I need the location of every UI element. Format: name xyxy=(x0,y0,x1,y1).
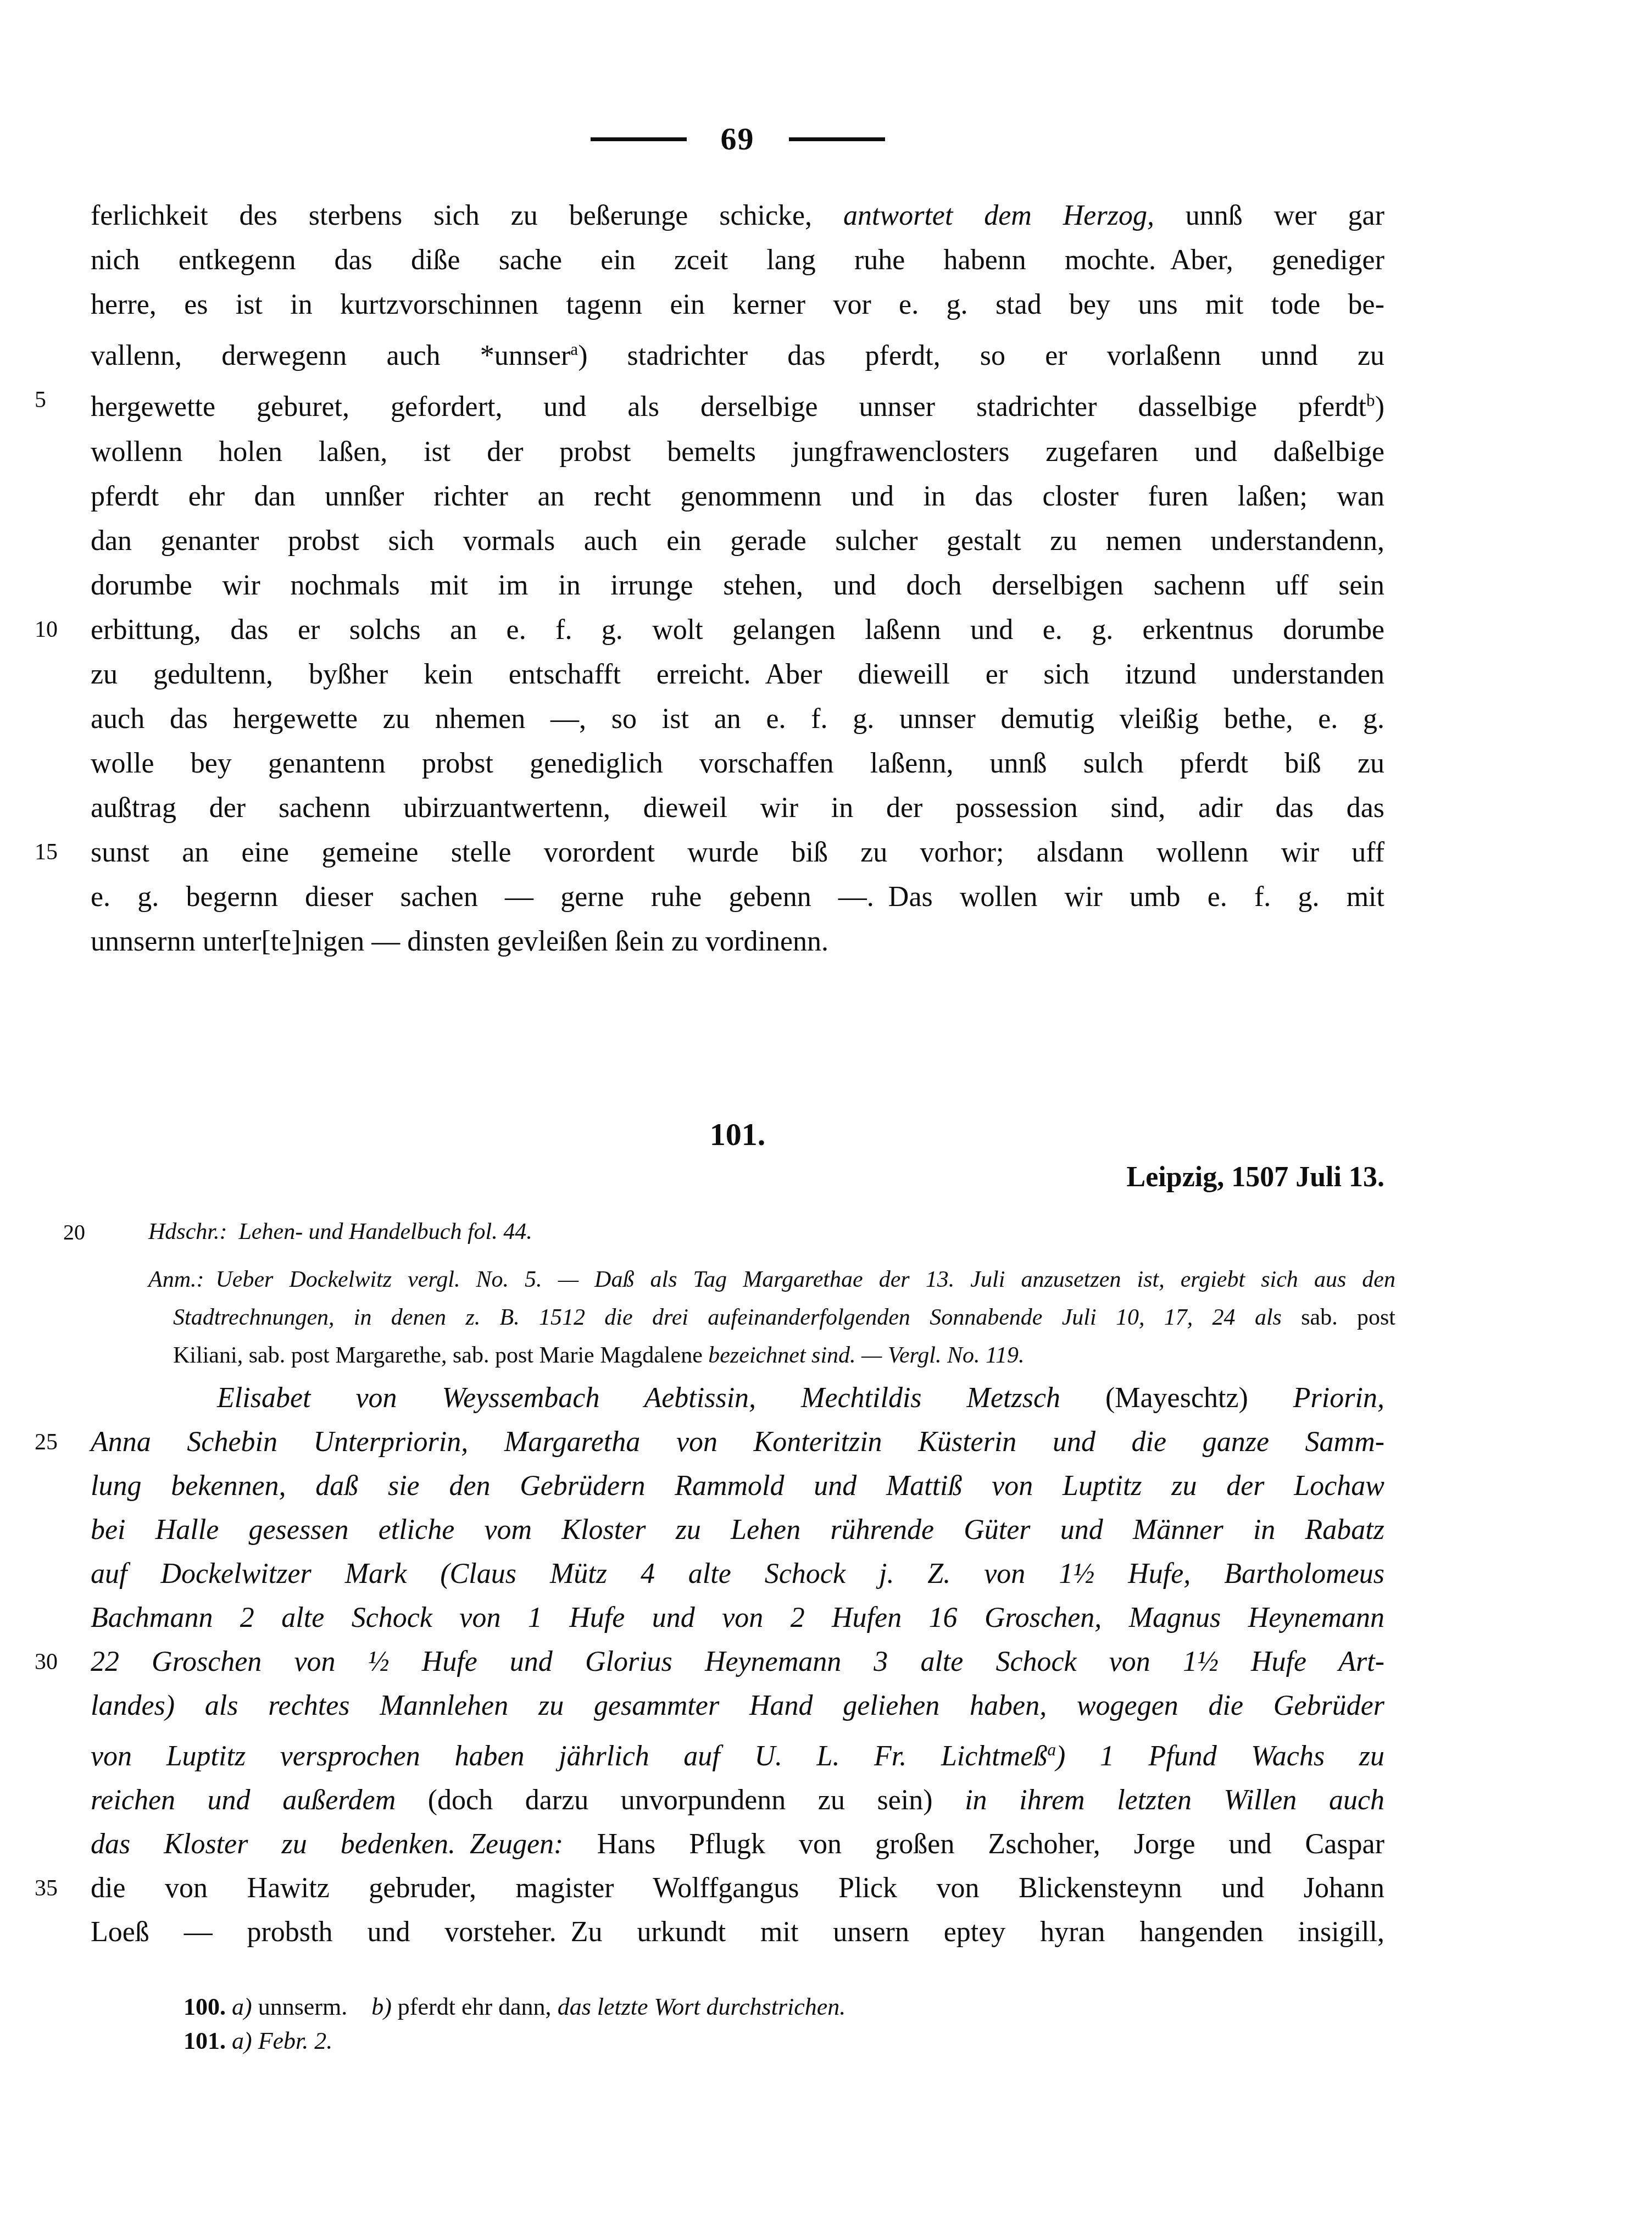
text-line: reichen und außerdem (doch darzu unvorpu… xyxy=(91,1779,1384,1822)
text-line: 10erbittung, das er solchs an e. f. g. w… xyxy=(91,608,1384,652)
text-segment: ) xyxy=(1375,392,1384,423)
text-line: ferlichkeit des sterbens sich zu beßerun… xyxy=(91,193,1384,238)
text-segment: in ihrem letzten Willen auch xyxy=(933,1785,1384,1816)
document-101-number: 101. xyxy=(91,1115,1384,1154)
header-rule-right xyxy=(789,137,885,141)
text-line: wolle bey genantenn probst genediglich v… xyxy=(91,741,1384,786)
text-segment: b) xyxy=(371,1993,392,2020)
margin-line-number: 30 xyxy=(35,1640,69,1684)
text-line: Kiliani, sab. post Margarethe, sab. post… xyxy=(148,1337,1395,1375)
text-segment: unnserm. xyxy=(252,1993,372,2020)
text-line: 5hergewette geburet, gefordert, und als … xyxy=(91,378,1384,429)
text-line: unnsernn unter[te]nigen — dinsten gevlei… xyxy=(91,919,1384,964)
text-segment: bezeichnet sind. — Vergl. No. 119. xyxy=(708,1343,1024,1368)
text-line: Stadtrechnungen, in denen z. B. 1512 die… xyxy=(148,1299,1395,1337)
text-line: 25Anna Schebin Unterpriorin, Margaretha … xyxy=(91,1420,1384,1464)
text-line: bei Halle gesessen etliche vom Kloster z… xyxy=(91,1508,1384,1552)
document-100-continuation-text: ferlichkeit des sterbens sich zu beßerun… xyxy=(91,193,1384,964)
margin-line-number: 35 xyxy=(35,1866,69,1910)
text-segment: (Mayeschtz) xyxy=(1105,1382,1248,1414)
text-line: Anm.: Ueber Dockelwitz vergl. No. 5. — D… xyxy=(148,1261,1395,1299)
text-line: e. g. begernn dieser sachen — gerne ruhe… xyxy=(91,875,1384,919)
text-line: Bachmann 2 alte Schock von 1 Hufe und vo… xyxy=(91,1596,1384,1640)
text-line: nich entkegenn das diße sache ein zceit … xyxy=(91,238,1384,282)
text-segment: antwortet dem Herzog, xyxy=(843,200,1154,231)
text-line: 20Hdschr.: Lehen- und Handelbuch fol. 44… xyxy=(148,1213,1395,1251)
text-segment: 22 Groschen von ½ Hufe und Glorius Heyne… xyxy=(91,1646,1384,1677)
text-segment: 101. xyxy=(183,2027,232,2054)
text-segment: Stadtrechnungen, in denen z. B. 1512 die… xyxy=(173,1305,1301,1330)
header-rule-left xyxy=(591,137,687,141)
text-segment: landes) als rechtes Mannlehen zu gesammt… xyxy=(91,1690,1384,1721)
text-line: 15sunst an eine gemeine stelle vorordent… xyxy=(91,830,1384,875)
text-segment: pferdt ehr dan unnßer richter an recht g… xyxy=(91,481,1384,512)
text-segment: ferlichkeit des sterbens sich zu beßerun… xyxy=(91,200,843,231)
text-segment: das Kloster zu bedenken. Zeugen: xyxy=(91,1829,597,1860)
text-line: herre, es ist in kurtzvorschinnen tagenn… xyxy=(91,282,1384,327)
text-line: außtrag der sachenn ubirzuantwertenn, di… xyxy=(91,786,1384,830)
text-segment: e. g. begernn dieser sachen — gerne ruhe… xyxy=(91,881,1384,913)
text-segment: Febr. 2. xyxy=(252,2027,333,2054)
text-segment: (doch darzu unvorpundenn zu sein) xyxy=(428,1785,933,1816)
margin-line-number: 5 xyxy=(35,378,69,423)
text-segment: Loeß — probsth und vorsteher. Zu urkundt… xyxy=(91,1916,1384,1948)
document-101-source-notes: 20Hdschr.: Lehen- und Handelbuch fol. 44… xyxy=(148,1213,1395,1375)
text-segment: lung bekennen, daß sie den Gebrüdern Ram… xyxy=(91,1470,1384,1502)
text-segment: sab. post xyxy=(1301,1305,1395,1330)
text-line: 100. a) unnserm. b) pferdt ehr dann, das… xyxy=(183,1990,1337,2024)
text-segment: sunst an eine gemeine stelle vorordent w… xyxy=(91,837,1384,868)
text-segment: herre, es ist in kurtzvorschinnen tagenn… xyxy=(91,289,1384,320)
text-segment: auf Dockelwitzer Mark (Claus Mütz 4 alte… xyxy=(91,1558,1384,1590)
text-segment: Elisabet von Weyssembach Aebtissin, Mech… xyxy=(217,1382,1105,1414)
text-segment: zu gedultenn, byßher kein entschafft err… xyxy=(91,659,1384,690)
text-segment: dan genanter probst sich vormals auch ei… xyxy=(91,525,1384,557)
text-line: wollenn holen laßen, ist der probst beme… xyxy=(91,430,1384,474)
margin-line-number: 20 xyxy=(55,1213,85,1251)
text-line: auch das hergewette zu nhemen —, so ist … xyxy=(91,697,1384,741)
text-line: das Kloster zu bedenken. Zeugen: Hans Pf… xyxy=(91,1822,1384,1866)
text-segment: unnß wer gar xyxy=(1154,200,1384,231)
page-header: 69 xyxy=(91,120,1384,158)
text-line: dorumbe wir nochmals mit im in irrunge s… xyxy=(91,563,1384,608)
text-segment: pferdt ehr dann, xyxy=(392,1993,558,2020)
text-segment: a) xyxy=(232,2027,252,2054)
text-segment: Anm.: Ueber Dockelwitz vergl. No. 5. — D… xyxy=(148,1267,1395,1292)
text-segment: erbittung, das er solchs an e. f. g. wol… xyxy=(91,614,1384,646)
page-number: 69 xyxy=(721,121,755,157)
document-101-dateline: Leipzig, 1507 Juli 13. xyxy=(91,1160,1384,1194)
margin-line-number: 25 xyxy=(35,1420,69,1464)
text-line: auf Dockelwitzer Mark (Claus Mütz 4 alte… xyxy=(91,1552,1384,1596)
text-line: vallenn, derwegenn auch *unnsera) stadri… xyxy=(91,327,1384,378)
text-segment: a) xyxy=(232,1993,252,2020)
text-segment: 100. xyxy=(183,1993,232,2020)
text-line: landes) als rechtes Mannlehen zu gesammt… xyxy=(91,1684,1384,1728)
text-segment: wolle bey genantenn probst genediglich v… xyxy=(91,748,1384,779)
document-101-regest-text: Elisabet von Weyssembach Aebtissin, Mech… xyxy=(91,1376,1384,1954)
text-segment: Anna Schebin Unterpriorin, Margaretha vo… xyxy=(91,1426,1384,1458)
text-segment: hergewette geburet, gefordert, und als d… xyxy=(91,392,1366,423)
text-segment: ) stadrichter das pferdt, so er vorlaßen… xyxy=(578,340,1384,371)
text-segment: b xyxy=(1366,391,1375,410)
text-line: 101. a) Febr. 2. xyxy=(183,2024,1337,2058)
text-segment: auch das hergewette zu nhemen —, so ist … xyxy=(91,703,1384,735)
text-line: zu gedultenn, byßher kein entschafft err… xyxy=(91,652,1384,697)
footnotes: 100. a) unnserm. b) pferdt ehr dann, das… xyxy=(183,1990,1337,2058)
text-segment: außtrag der sachenn ubirzuantwertenn, di… xyxy=(91,792,1384,824)
text-segment: das letzte Wort durchstrichen. xyxy=(558,1993,846,2020)
book-page: 69 ferlichkeit des sterbens sich zu beße… xyxy=(0,0,1652,2234)
text-segment: nich entkegenn das diße sache ein zceit … xyxy=(91,244,1384,276)
text-segment: von Luptitz versprochen haben jährlich a… xyxy=(91,1741,1047,1772)
text-segment: unnsernn unter[te]nigen — dinsten gevlei… xyxy=(91,926,828,957)
text-line: Elisabet von Weyssembach Aebtissin, Mech… xyxy=(91,1376,1384,1420)
text-line: von Luptitz versprochen haben jährlich a… xyxy=(91,1728,1384,1779)
text-segment: a xyxy=(570,340,578,359)
text-segment: Hdschr.: Lehen- und Handelbuch fol. 44. xyxy=(148,1219,532,1244)
text-segment: Kiliani, sab. post Margarethe, sab. post… xyxy=(173,1343,708,1368)
text-segment: vallenn, derwegenn auch *unnser xyxy=(91,340,570,371)
text-segment: wollenn holen laßen, ist der probst beme… xyxy=(91,436,1384,468)
text-line: Loeß — probsth und vorsteher. Zu urkundt… xyxy=(91,1910,1384,1954)
text-segment: bei Halle gesessen etliche vom Kloster z… xyxy=(91,1514,1384,1546)
text-segment: ) 1 Pfund Wachs zu xyxy=(1056,1741,1384,1772)
text-line: lung bekennen, daß sie den Gebrüdern Ram… xyxy=(91,1464,1384,1508)
margin-line-number: 15 xyxy=(35,830,69,875)
text-line: 35die von Hawitz gebruder, magister Wolf… xyxy=(91,1866,1384,1910)
text-segment: Bachmann 2 alte Schock von 1 Hufe und vo… xyxy=(91,1602,1384,1633)
text-segment: die von Hawitz gebruder, magister Wolffg… xyxy=(91,1872,1384,1904)
text-line: dan genanter probst sich vormals auch ei… xyxy=(91,519,1384,563)
text-segment: a xyxy=(1047,1740,1056,1759)
margin-line-number: 10 xyxy=(35,608,69,652)
text-line: pferdt ehr dan unnßer richter an recht g… xyxy=(91,474,1384,519)
text-line: 3022 Groschen von ½ Hufe und Glorius Hey… xyxy=(91,1640,1384,1684)
text-segment: Hans Pflugk von großen Zschoher, Jorge u… xyxy=(597,1829,1384,1860)
text-segment: reichen und außerdem xyxy=(91,1785,428,1816)
text-segment: dorumbe wir nochmals mit im in irrunge s… xyxy=(91,570,1384,601)
text-segment: Priorin, xyxy=(1248,1382,1384,1414)
